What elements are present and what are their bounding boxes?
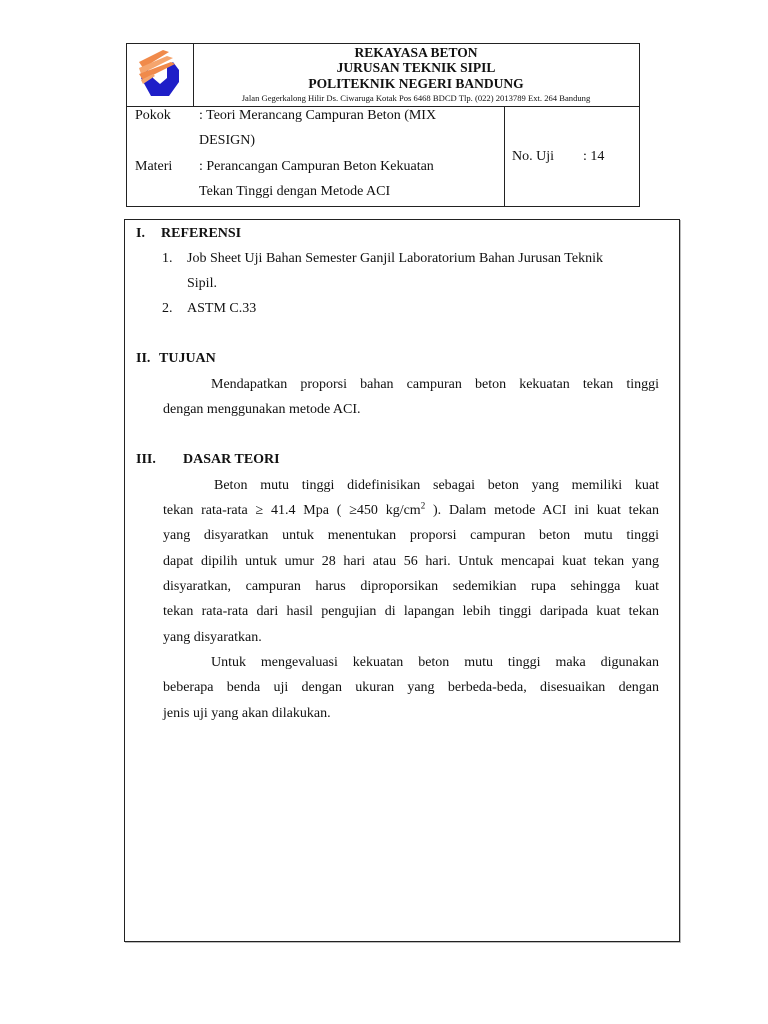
section-title-tujuan: TUJUAN	[159, 351, 216, 367]
no-uji-label: No. Uji	[512, 149, 554, 165]
reference-item: Job Sheet Uji Bahan Semester Ganjil Labo…	[187, 251, 603, 267]
paragraph-line: Untuk mengevaluasi kekuatan beton mutu t…	[211, 655, 659, 671]
paragraph-line: yang disyaratkan untuk menentukan propor…	[163, 528, 659, 544]
institution-address: Jalan Gegerkalong Hilir Ds. Ciwaruga Kot…	[193, 93, 639, 104]
no-uji-value: : 14	[583, 149, 604, 165]
section-number-tujuan: II.	[136, 351, 150, 367]
paragraph-line: Beton mutu tinggi didefinisikan sebagai …	[214, 478, 659, 494]
paragraph-line: jenis uji yang akan dilakukan.	[163, 706, 331, 722]
reference-item-number: 1.	[162, 251, 173, 267]
reference-item: ASTM C.33	[187, 301, 256, 317]
paragraph-text: ). Dalam metode ACI ini kuat tekan	[425, 503, 659, 518]
reference-item-cont: Sipil.	[187, 276, 217, 292]
paragraph-line: tekan rata-rata dari hasil pengujian di …	[163, 604, 659, 620]
header-table: REKAYASA BETON JURUSAN TEKNIK SIPIL POLI…	[126, 43, 640, 207]
polban-logo-icon	[133, 48, 187, 102]
test-number-cell: No. Uji : 14	[504, 106, 639, 206]
paragraph-line: disyaratkan, campuran harus diproporsika…	[163, 579, 659, 595]
institution-title: POLITEKNIK NEGERI BANDUNG	[193, 76, 639, 92]
section-number-referensi: I.	[136, 226, 145, 242]
section-number-dasar-teori: III.	[136, 452, 156, 468]
paragraph-text: tekan rata-rata ≥ 41.4 Mpa ( ≥450 kg/cm	[163, 503, 421, 518]
reference-item-number: 2.	[162, 301, 173, 317]
subject-cell: Pokok : Teori Merancang Campuran Beton (…	[127, 106, 505, 206]
paragraph-line: yang disyaratkan.	[163, 630, 262, 646]
header-title: REKAYASA BETON JURUSAN TEKNIK SIPIL POLI…	[193, 44, 639, 106]
content-box: I. REFERENSI 1. Job Sheet Uji Bahan Seme…	[124, 219, 680, 942]
paragraph-line: dapat dipilih untuk umur 28 hari atau 56…	[163, 554, 659, 570]
paragraph-line: beberapa benda uji dengan ukuran yang be…	[163, 680, 659, 696]
tujuan-text-cont: dengan menggunakan metode ACI.	[163, 402, 361, 418]
materi-label: Materi	[135, 159, 172, 175]
section-title-referensi: REFERENSI	[161, 226, 241, 242]
logo-cell	[127, 44, 194, 106]
pokok-label: Pokok	[135, 108, 171, 124]
pokok-value: : Teori Merancang Campuran Beton (MIX	[199, 108, 436, 124]
section-title-dasar-teori: DASAR TEORI	[183, 452, 280, 468]
header-info-row: Pokok : Teori Merancang Campuran Beton (…	[127, 106, 639, 206]
header-title-row: REKAYASA BETON JURUSAN TEKNIK SIPIL POLI…	[127, 44, 639, 107]
paragraph-line: tekan rata-rata ≥ 41.4 Mpa ( ≥450 kg/cm2…	[163, 503, 659, 519]
pokok-value-cont: DESIGN)	[199, 133, 255, 149]
materi-value: : Perancangan Campuran Beton Kekuatan	[199, 159, 434, 175]
department-title: JURUSAN TEKNIK SIPIL	[193, 60, 639, 76]
tujuan-text: Mendapatkan proporsi bahan campuran beto…	[211, 377, 659, 393]
materi-value-cont: Tekan Tinggi dengan Metode ACI	[199, 184, 390, 200]
course-title: REKAYASA BETON	[193, 45, 639, 61]
